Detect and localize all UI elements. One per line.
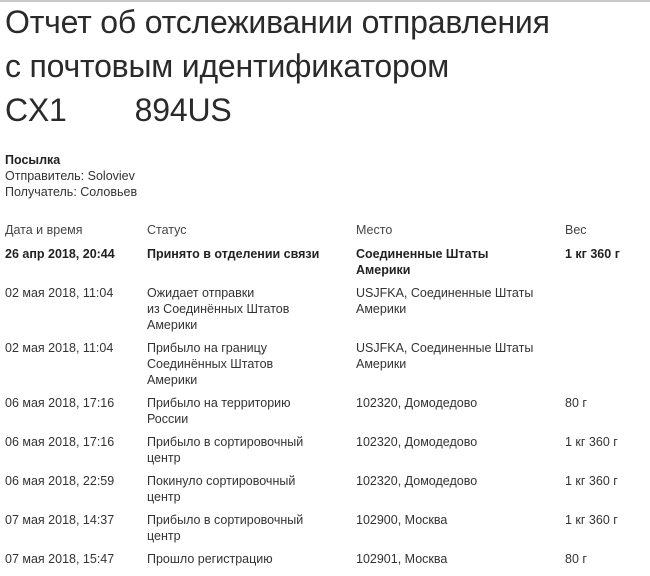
place-value: Соединенные Штаты Америки bbox=[356, 246, 565, 278]
place-value: 102320, Домодедово bbox=[356, 434, 565, 450]
cell-weight bbox=[565, 340, 645, 395]
cell-date: 07 мая 2018, 14:37 bbox=[5, 512, 147, 551]
table-row: 06 мая 2018, 22:59Покинуло сортировочный… bbox=[5, 473, 645, 512]
status-value: Принято в отделении связи bbox=[147, 246, 356, 262]
table-row: 02 мая 2018, 11:04Прибыло на границу Сое… bbox=[5, 340, 645, 395]
table-row: 06 мая 2018, 17:16Прибыло в сортировочны… bbox=[5, 434, 645, 473]
cell-date: 26 апр 2018, 20:44 bbox=[5, 246, 147, 285]
table-row: 07 мая 2018, 15:47Прошло регистрацию1029… bbox=[5, 551, 645, 574]
weight-value: 80 г bbox=[565, 395, 645, 411]
cell-place: 102320, Домодедово bbox=[356, 395, 565, 434]
weight-value: 1 кг 360 г bbox=[565, 246, 645, 262]
place-value: 102901, Москва bbox=[356, 551, 565, 567]
tracking-events-table: Дата и время Статус Место Вес 26 апр 201… bbox=[5, 222, 645, 574]
sender-name: Soloviev bbox=[88, 169, 135, 183]
status-value: Ожидает отправки из Соединённых Штатов А… bbox=[147, 285, 356, 333]
cell-weight: 1 кг 360 г bbox=[565, 246, 645, 285]
status-value: Прибыло на территорию России bbox=[147, 395, 356, 427]
cell-place: 102901, Москва bbox=[356, 551, 565, 574]
header-date: Дата и время bbox=[5, 222, 147, 246]
place-value: 102320, Домодедово bbox=[356, 473, 565, 489]
parcel-info: Посылка Отправитель: Soloviev Получатель… bbox=[5, 152, 181, 200]
date-value: 02 мая 2018, 11:04 bbox=[5, 340, 147, 356]
table-row: 07 мая 2018, 14:37Прибыло в сортировочны… bbox=[5, 512, 645, 551]
cell-weight: 80 г bbox=[565, 551, 645, 574]
status-value: Прошло регистрацию bbox=[147, 551, 356, 567]
cell-weight bbox=[565, 285, 645, 340]
cell-status: Прошло регистрацию bbox=[147, 551, 356, 574]
weight-value: 1 кг 360 г bbox=[565, 512, 645, 528]
weight-value: 1 кг 360 г bbox=[565, 434, 645, 450]
sender-line: Отправитель: Soloviev bbox=[5, 168, 181, 184]
date-value: 06 мая 2018, 17:16 bbox=[5, 434, 147, 450]
title-line-2: с почтовым идентификатором bbox=[5, 44, 645, 88]
date-value: 07 мая 2018, 15:47 bbox=[5, 551, 147, 567]
place-value: USJFKA, Соединенные Штаты Америки bbox=[356, 285, 565, 317]
cell-weight: 1 кг 360 г bbox=[565, 473, 645, 512]
cell-status: Прибыло в сортировочный центр bbox=[147, 434, 356, 473]
cell-date: 06 мая 2018, 17:16 bbox=[5, 395, 147, 434]
date-value: 02 мая 2018, 11:04 bbox=[5, 285, 147, 301]
date-value: 06 мая 2018, 17:16 bbox=[5, 395, 147, 411]
cell-weight: 1 кг 360 г bbox=[565, 512, 645, 551]
table-row: 06 мая 2018, 17:16Прибыло на территорию … bbox=[5, 395, 645, 434]
date-value: 06 мая 2018, 22:59 bbox=[5, 473, 147, 489]
cell-status: Прибыло на территорию России bbox=[147, 395, 356, 434]
cell-status: Ожидает отправки из Соединённых Штатов А… bbox=[147, 285, 356, 340]
table-row: 26 апр 2018, 20:44Принято в отделении св… bbox=[5, 246, 645, 285]
parcel-type: Посылка bbox=[5, 152, 181, 168]
cell-place: Соединенные Штаты Америки bbox=[356, 246, 565, 285]
cell-date: 06 мая 2018, 22:59 bbox=[5, 473, 147, 512]
cell-place: 102320, Домодедово bbox=[356, 473, 565, 512]
cell-place: 102900, Москва bbox=[356, 512, 565, 551]
cell-date: 02 мая 2018, 11:04 bbox=[5, 285, 147, 340]
header-status: Статус bbox=[147, 222, 356, 246]
report-title: Отчет об отслеживании отправления с почт… bbox=[5, 0, 645, 132]
tracking-id-suffix: 894US bbox=[135, 92, 232, 128]
status-value: Прибыло на границу Соединённых Штатов Ам… bbox=[147, 340, 356, 388]
recipient-line: Получатель: Соловьев bbox=[5, 184, 181, 200]
title-line-1: Отчет об отслеживании отправления bbox=[5, 0, 645, 44]
recipient-name: Соловьев bbox=[80, 185, 137, 199]
date-value: 26 апр 2018, 20:44 bbox=[5, 246, 147, 262]
cell-status: Прибыло на границу Соединённых Штатов Ам… bbox=[147, 340, 356, 395]
sender-label: Отправитель: bbox=[5, 169, 84, 183]
cell-date: 06 мая 2018, 17:16 bbox=[5, 434, 147, 473]
cell-place: 102320, Домодедово bbox=[356, 434, 565, 473]
cell-place: USJFKA, Соединенные Штаты Америки bbox=[356, 285, 565, 340]
status-value: Прибыло в сортировочный центр bbox=[147, 512, 356, 544]
header-place: Место bbox=[356, 222, 565, 246]
weight-value: 80 г bbox=[565, 551, 645, 567]
cell-status: Прибыло в сортировочный центр bbox=[147, 512, 356, 551]
place-value: 102900, Москва bbox=[356, 512, 565, 528]
weight-value: 1 кг 360 г bbox=[565, 473, 645, 489]
cell-status: Покинуло сортировочный центр bbox=[147, 473, 356, 512]
table-row: 02 мая 2018, 11:04Ожидает отправки из Со… bbox=[5, 285, 645, 340]
recipient-label: Получатель: bbox=[5, 185, 77, 199]
cell-date: 07 мая 2018, 15:47 bbox=[5, 551, 147, 574]
tracking-id: CX1894US bbox=[5, 88, 645, 132]
table-header-row: Дата и время Статус Место Вес bbox=[5, 222, 645, 246]
cell-status: Принято в отделении связи bbox=[147, 246, 356, 285]
cell-place: USJFKA, Соединенные Штаты Америки bbox=[356, 340, 565, 395]
place-value: USJFKA, Соединенные Штаты Америки bbox=[356, 340, 565, 372]
place-value: 102320, Домодедово bbox=[356, 395, 565, 411]
date-value: 07 мая 2018, 14:37 bbox=[5, 512, 147, 528]
cell-weight: 80 г bbox=[565, 395, 645, 434]
header-weight: Вес bbox=[565, 222, 645, 246]
status-value: Покинуло сортировочный центр bbox=[147, 473, 356, 505]
status-value: Прибыло в сортировочный центр bbox=[147, 434, 356, 466]
tracking-id-prefix: CX1 bbox=[5, 92, 67, 128]
cell-date: 02 мая 2018, 11:04 bbox=[5, 340, 147, 395]
cell-weight: 1 кг 360 г bbox=[565, 434, 645, 473]
